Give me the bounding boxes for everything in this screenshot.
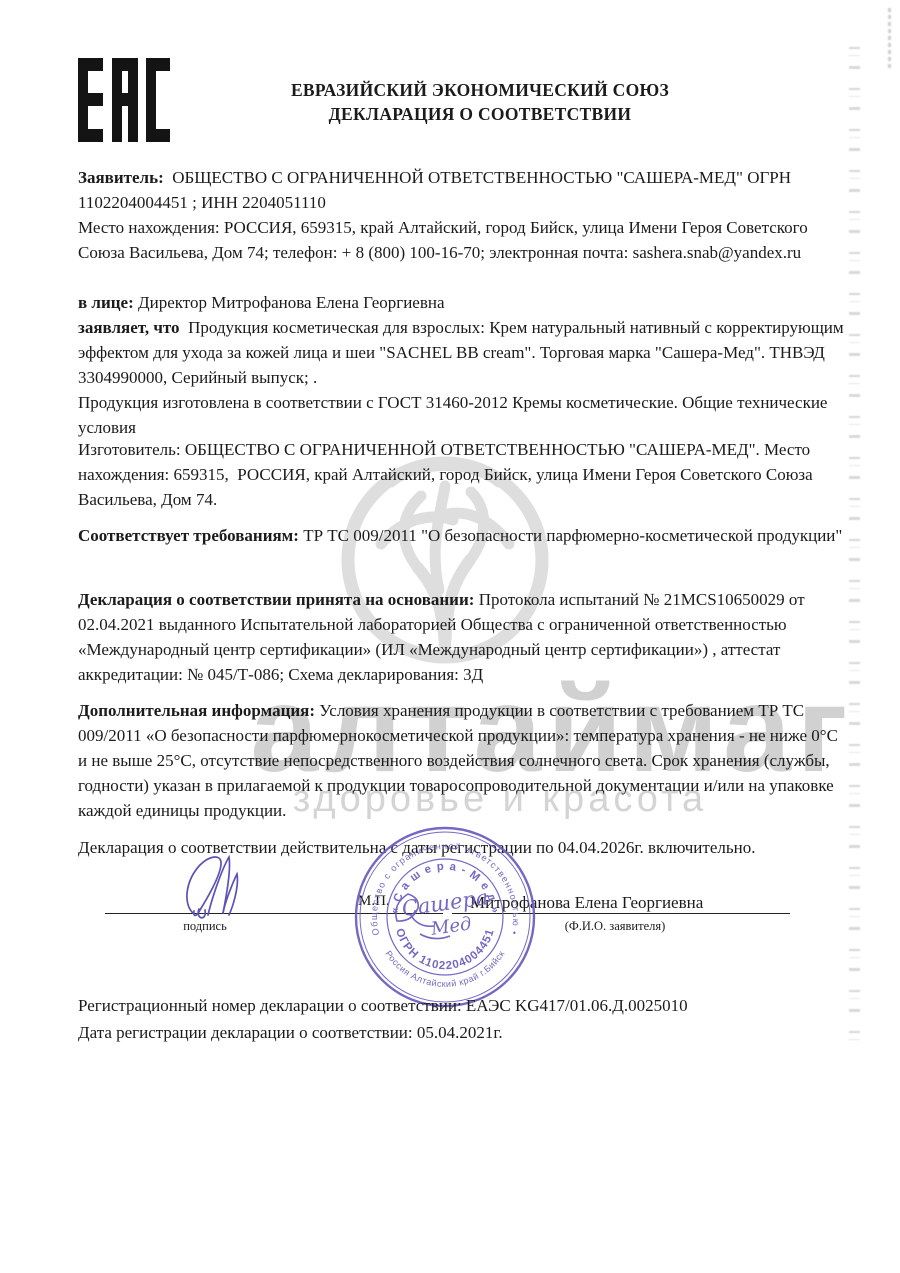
complies-label: Соответствует требованиям: xyxy=(78,526,299,545)
paragraph-complies: Соответствует требованиям: ТР ТС 009/201… xyxy=(78,523,850,548)
scan-edge-artifact xyxy=(849,40,860,1040)
paragraph-in-person: в лице: Директор Митрофанова Елена Георг… xyxy=(78,290,850,315)
declares-label: заявляет, что xyxy=(78,318,180,337)
additional-label: Дополнительная информация: xyxy=(78,701,315,720)
applicant-value: ОБЩЕСТВО С ОГРАНИЧЕННОЙ ОТВЕТСТВЕННОСТЬЮ… xyxy=(78,168,795,212)
declares-value: Продукция косметическая для взрослых: Кр… xyxy=(78,318,848,387)
paragraph-additional-info: Дополнительная информация: Условия хране… xyxy=(78,698,850,823)
paragraph-gost: Продукция изготовлена в соответствии с Г… xyxy=(78,390,850,440)
in-person-value: Директор Митрофанова Елена Георгиевна xyxy=(134,293,445,312)
applicant-label: Заявитель: xyxy=(78,168,164,187)
fio-caption: (Ф.И.О. заявителя) xyxy=(520,919,710,934)
title-declaration: ДЕКЛАРАЦИЯ О СООТВЕТСТВИИ xyxy=(150,102,810,126)
in-person-label: в лице: xyxy=(78,293,134,312)
paragraph-declares: заявляет, что Продукция косметическая дл… xyxy=(78,315,850,390)
complies-value: ТР ТС 009/2011 "О безопасности парфюмерн… xyxy=(299,526,842,545)
company-round-stamp: Общество с ограниченной ответственностью… xyxy=(350,822,540,1012)
scan-corner-artifact xyxy=(888,8,891,70)
handwritten-signature xyxy=(178,852,264,924)
declaration-document: { "page": { "header": { "logo": "ЕАС", "… xyxy=(0,0,900,1273)
paragraph-applicant-address: Место нахождения: РОССИЯ, 659315, край А… xyxy=(78,215,850,265)
paragraph-applicant: Заявитель: ОБЩЕСТВО С ОГРАНИЧЕННОЙ ОТВЕТ… xyxy=(78,165,850,215)
stamp-script-line2: Мед xyxy=(429,913,473,940)
registration-number-line: Регистрационный номер декларации о соотв… xyxy=(78,993,850,1018)
registration-date-line: Дата регистрации декларации о соответств… xyxy=(78,1020,850,1045)
paragraph-manufacturer: Изготовитель: ОБЩЕСТВО С ОГРАНИЧЕННОЙ ОТ… xyxy=(78,437,850,512)
paragraph-basis: Декларация о соответствии принята на осн… xyxy=(78,587,850,687)
basis-label: Декларация о соответствии принята на осн… xyxy=(78,590,474,609)
document-title: ЕВРАЗИЙСКИЙ ЭКОНОМИЧЕСКИЙ СОЮЗ ДЕКЛАРАЦИ… xyxy=(150,78,810,126)
title-union: ЕВРАЗИЙСКИЙ ЭКОНОМИЧЕСКИЙ СОЮЗ xyxy=(150,78,810,102)
